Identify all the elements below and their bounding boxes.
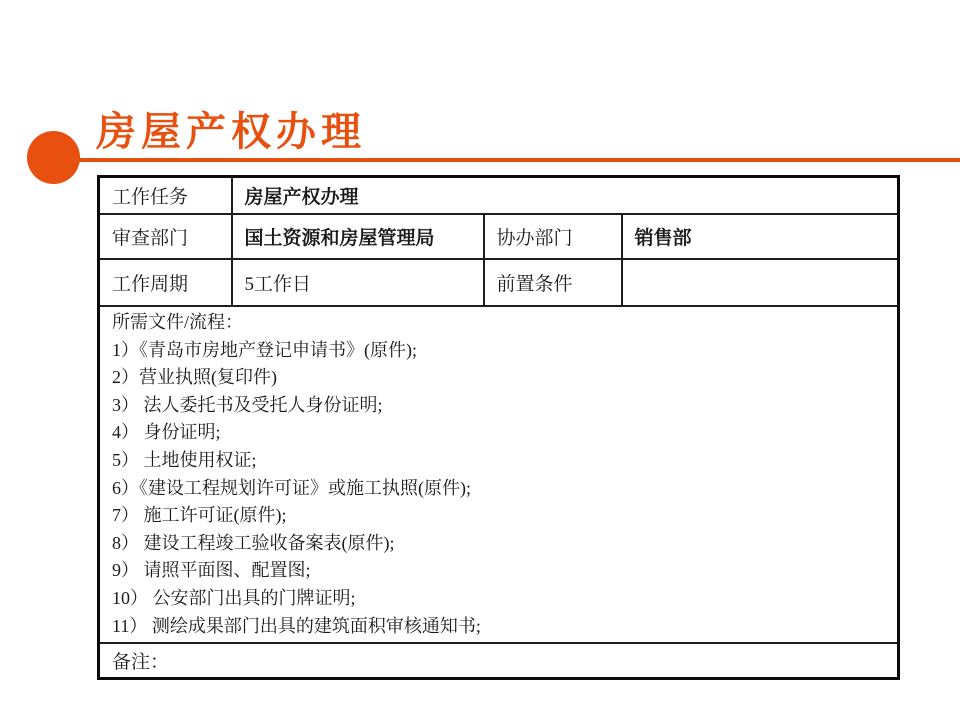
slide-canvas: 房屋产权办理 工作任务 房屋产权办理 审查部门 国土资源和房屋管理局 协办部门 … bbox=[0, 0, 960, 720]
review-dept-label-cell: 审查部门 bbox=[99, 214, 232, 259]
documents-header: 所需文件/流程： bbox=[112, 309, 893, 337]
assist-dept-value-cell: 销售部 bbox=[622, 214, 899, 259]
precondition-value-cell bbox=[622, 259, 899, 306]
table-row-departments: 审查部门 国土资源和房屋管理局 协办部门 销售部 bbox=[99, 214, 899, 259]
document-item: 3） 法人委托书及受托人身份证明; bbox=[112, 392, 893, 420]
review-dept-value-cell: 国土资源和房屋管理局 bbox=[232, 214, 484, 259]
page-title: 房屋产权办理 bbox=[96, 100, 366, 157]
document-item: 6）《建设工程规划许可证》或施工执照(原件); bbox=[112, 475, 893, 503]
document-item: 4） 身份证明; bbox=[112, 419, 893, 447]
table-row-period: 工作周期 5工作日 前置条件 bbox=[99, 259, 899, 306]
table-row-task: 工作任务 房屋产权办理 bbox=[99, 177, 899, 215]
task-value-cell: 房屋产权办理 bbox=[232, 177, 899, 215]
document-item: 7） 施工许可证(原件); bbox=[112, 502, 893, 530]
assist-dept-label-cell: 协办部门 bbox=[484, 214, 622, 259]
precondition-label-cell: 前置条件 bbox=[484, 259, 622, 306]
table-row-remarks: 备注： bbox=[99, 643, 899, 679]
document-item: 5） 土地使用权证; bbox=[112, 447, 893, 475]
process-info-table: 工作任务 房屋产权办理 审查部门 国土资源和房屋管理局 协办部门 销售部 工作周… bbox=[97, 175, 900, 680]
document-item: 10） 公安部门出具的门牌证明; bbox=[112, 585, 893, 613]
document-item: 11） 测绘成果部门出具的建筑面积审核通知书; bbox=[112, 613, 893, 641]
document-item: 2）营业执照(复印件) bbox=[112, 364, 893, 392]
document-item: 1）《青岛市房地产登记申请书》(原件); bbox=[112, 337, 893, 365]
document-item: 9） 请照平面图、配置图; bbox=[112, 557, 893, 585]
remarks-cell: 备注： bbox=[99, 643, 899, 679]
task-label-cell: 工作任务 bbox=[99, 177, 232, 215]
title-underline bbox=[53, 158, 960, 162]
table-row-documents: 所需文件/流程： 1）《青岛市房地产登记申请书》(原件); 2）营业执照(复印件… bbox=[99, 306, 899, 643]
period-label-cell: 工作周期 bbox=[99, 259, 232, 306]
document-item: 8） 建设工程竣工验收备案表(原件); bbox=[112, 530, 893, 558]
documents-cell: 所需文件/流程： 1）《青岛市房地产登记申请书》(原件); 2）营业执照(复印件… bbox=[99, 306, 899, 643]
period-value-cell: 5工作日 bbox=[232, 259, 484, 306]
